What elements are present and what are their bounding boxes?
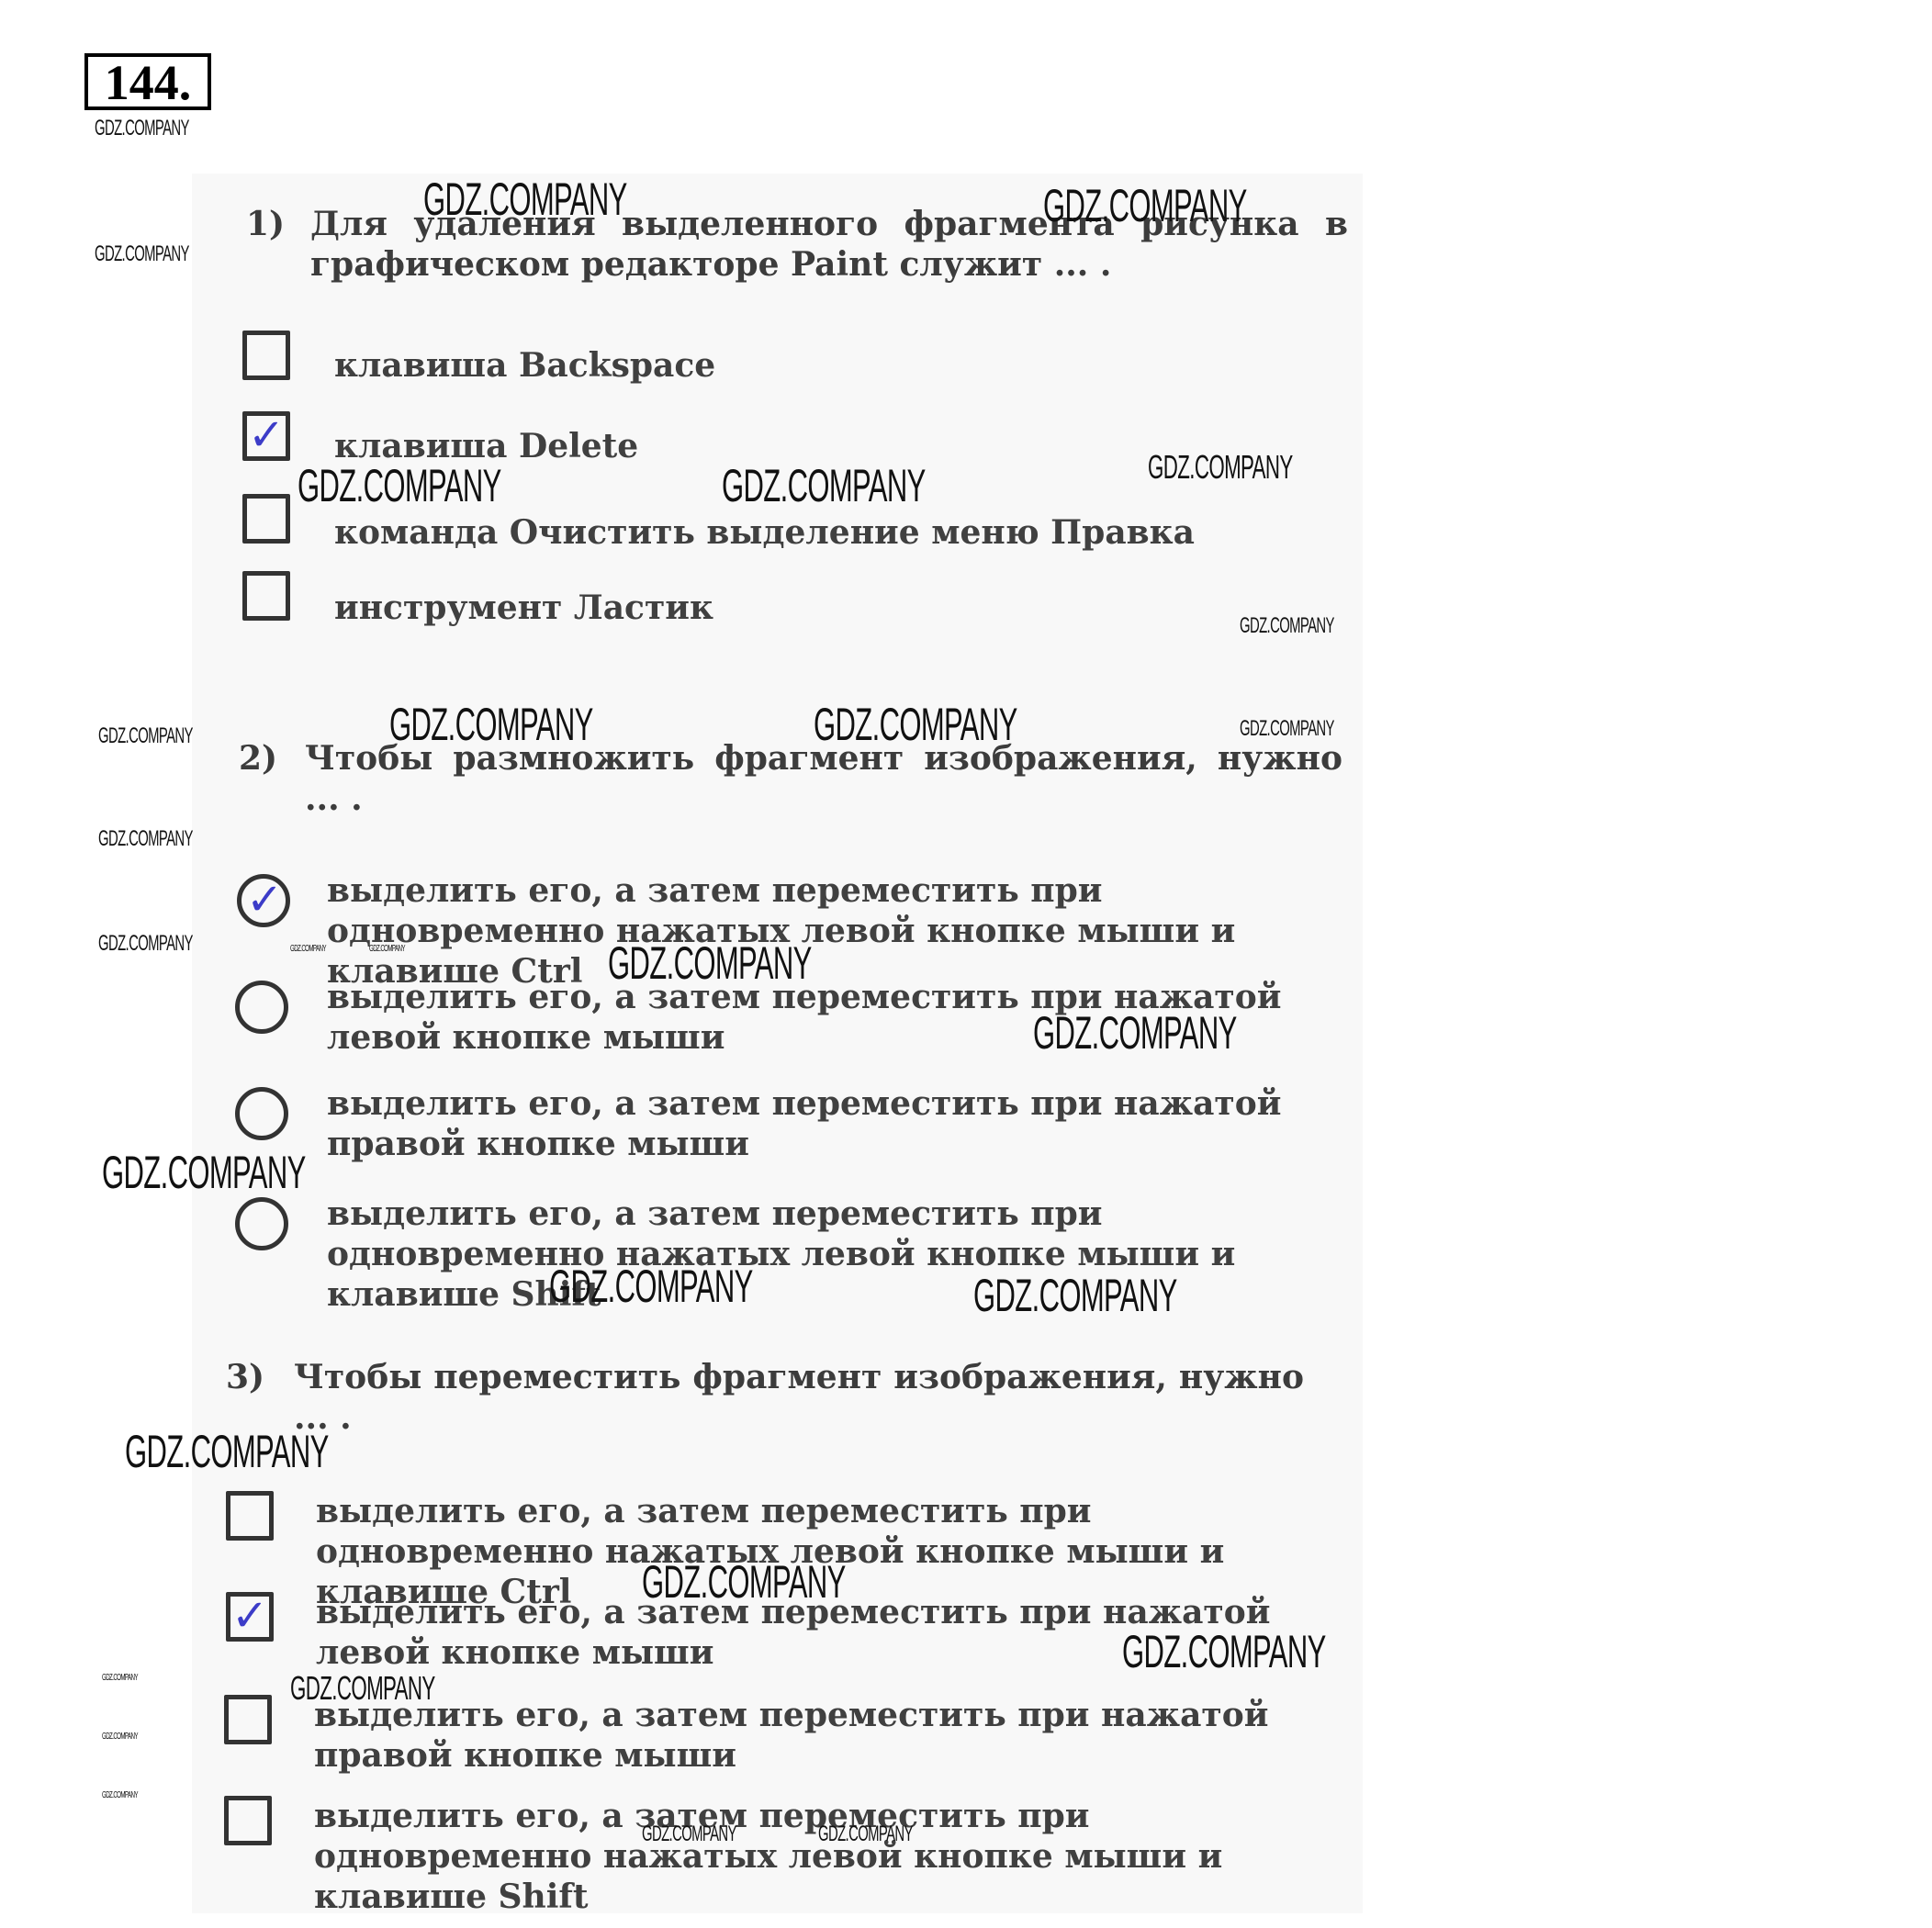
watermark: GDZ.COMPANY — [1033, 1006, 1237, 1059]
watermark: GDZ.COMPANY — [973, 1269, 1177, 1322]
question-number: 3) — [226, 1357, 264, 1397]
question-3: 3) Чтобы переместить фрагмент изображени… — [226, 1357, 1309, 1449]
watermark: GDZ.COMPANY — [642, 1555, 846, 1609]
checkbox[interactable] — [242, 494, 290, 544]
watermark: GDZ.COMPANY — [1122, 1625, 1326, 1678]
watermark: GDZ.COMPANY — [423, 173, 627, 226]
watermark: GDZ.COMPANY — [102, 1146, 306, 1199]
radio-button[interactable] — [235, 1087, 288, 1140]
watermark: GDZ.COMPANY — [1043, 179, 1247, 232]
option-2-4[interactable]: выделить его, а затем переместить при од… — [235, 1194, 1346, 1285]
radio-button[interactable] — [235, 1197, 288, 1250]
watermark: GDZ.COMPANY — [549, 1260, 753, 1313]
option-1-4[interactable]: инструмент Ластик — [242, 571, 1344, 626]
option-label: инструмент Ластик — [334, 588, 713, 628]
exercise-number: 144. — [84, 53, 211, 110]
watermark: GDZ.COMPANY — [102, 1790, 138, 1800]
watermark: GDZ.COMPANY — [98, 931, 193, 957]
radio-button[interactable] — [235, 981, 288, 1034]
checkbox[interactable] — [224, 1695, 272, 1744]
question-number: 1) — [246, 204, 285, 244]
option-3-3[interactable]: выделить его, а затем переместить при на… — [224, 1695, 1308, 1787]
watermark: GDZ.COMPANY — [389, 698, 593, 751]
option-label: выделить его, а затем переместить при на… — [327, 1083, 1344, 1164]
option-label: клавиша Backspace — [334, 345, 715, 386]
option-3-4[interactable]: выделить его, а затем переместить при од… — [224, 1796, 1308, 1888]
checkmark-icon: ✓ — [246, 878, 283, 922]
watermark: GDZ.COMPANY — [102, 1732, 138, 1742]
checkbox[interactable] — [242, 331, 290, 380]
option-label: команда Очистить выделение меню Правка — [334, 512, 1195, 553]
watermark: GDZ.COMPANY — [125, 1425, 329, 1478]
watermark: GDZ.COMPANY — [722, 459, 926, 512]
watermark: GDZ.COMPANY — [290, 944, 326, 954]
checkbox[interactable] — [242, 571, 290, 621]
question-number: 2) — [239, 738, 277, 779]
watermark: GDZ.COMPANY — [608, 936, 812, 990]
watermark: GDZ.COMPANY — [814, 698, 1017, 751]
watermark: GDZ.COMPANY — [95, 241, 189, 267]
option-label: выделить его, а затем переместить при од… — [314, 1796, 1304, 1917]
watermark: GDZ.COMPANY — [298, 459, 501, 512]
watermark: GDZ.COMPANY — [818, 1822, 913, 1847]
option-label: выделить его, а затем переместить при на… — [314, 1695, 1304, 1776]
checkmark-icon: ✓ — [231, 1594, 268, 1638]
option-2-3[interactable]: выделить его, а затем переместить при на… — [235, 1083, 1346, 1175]
checkbox[interactable] — [226, 1491, 274, 1541]
watermark: GDZ.COMPANY — [1240, 716, 1334, 742]
watermark: GDZ.COMPANY — [98, 723, 193, 749]
option-label: выделить его, а затем переместить при од… — [327, 1194, 1344, 1315]
checkmark-icon: ✓ — [248, 413, 285, 457]
watermark: GDZ.COMPANY — [1148, 448, 1293, 487]
watermark: GDZ.COMPANY — [1240, 613, 1334, 639]
question-text: Чтобы переместить фрагмент изображения, … — [294, 1357, 1304, 1438]
watermark: GDZ.COMPANY — [642, 1822, 736, 1847]
watermark: GDZ.COMPANY — [369, 944, 405, 954]
watermark: GDZ.COMPANY — [95, 116, 189, 141]
watermark: GDZ.COMPANY — [102, 1673, 138, 1683]
watermark: GDZ.COMPANY — [290, 1669, 435, 1708]
checkbox[interactable] — [224, 1796, 272, 1845]
option-1-1[interactable]: клавиша Backspace — [242, 331, 1344, 386]
watermark: GDZ.COMPANY — [98, 826, 193, 852]
question-2: 2) Чтобы размножить фрагмент изображения… — [239, 738, 1345, 830]
option-label: выделить его, а затем переместить при од… — [327, 870, 1344, 992]
